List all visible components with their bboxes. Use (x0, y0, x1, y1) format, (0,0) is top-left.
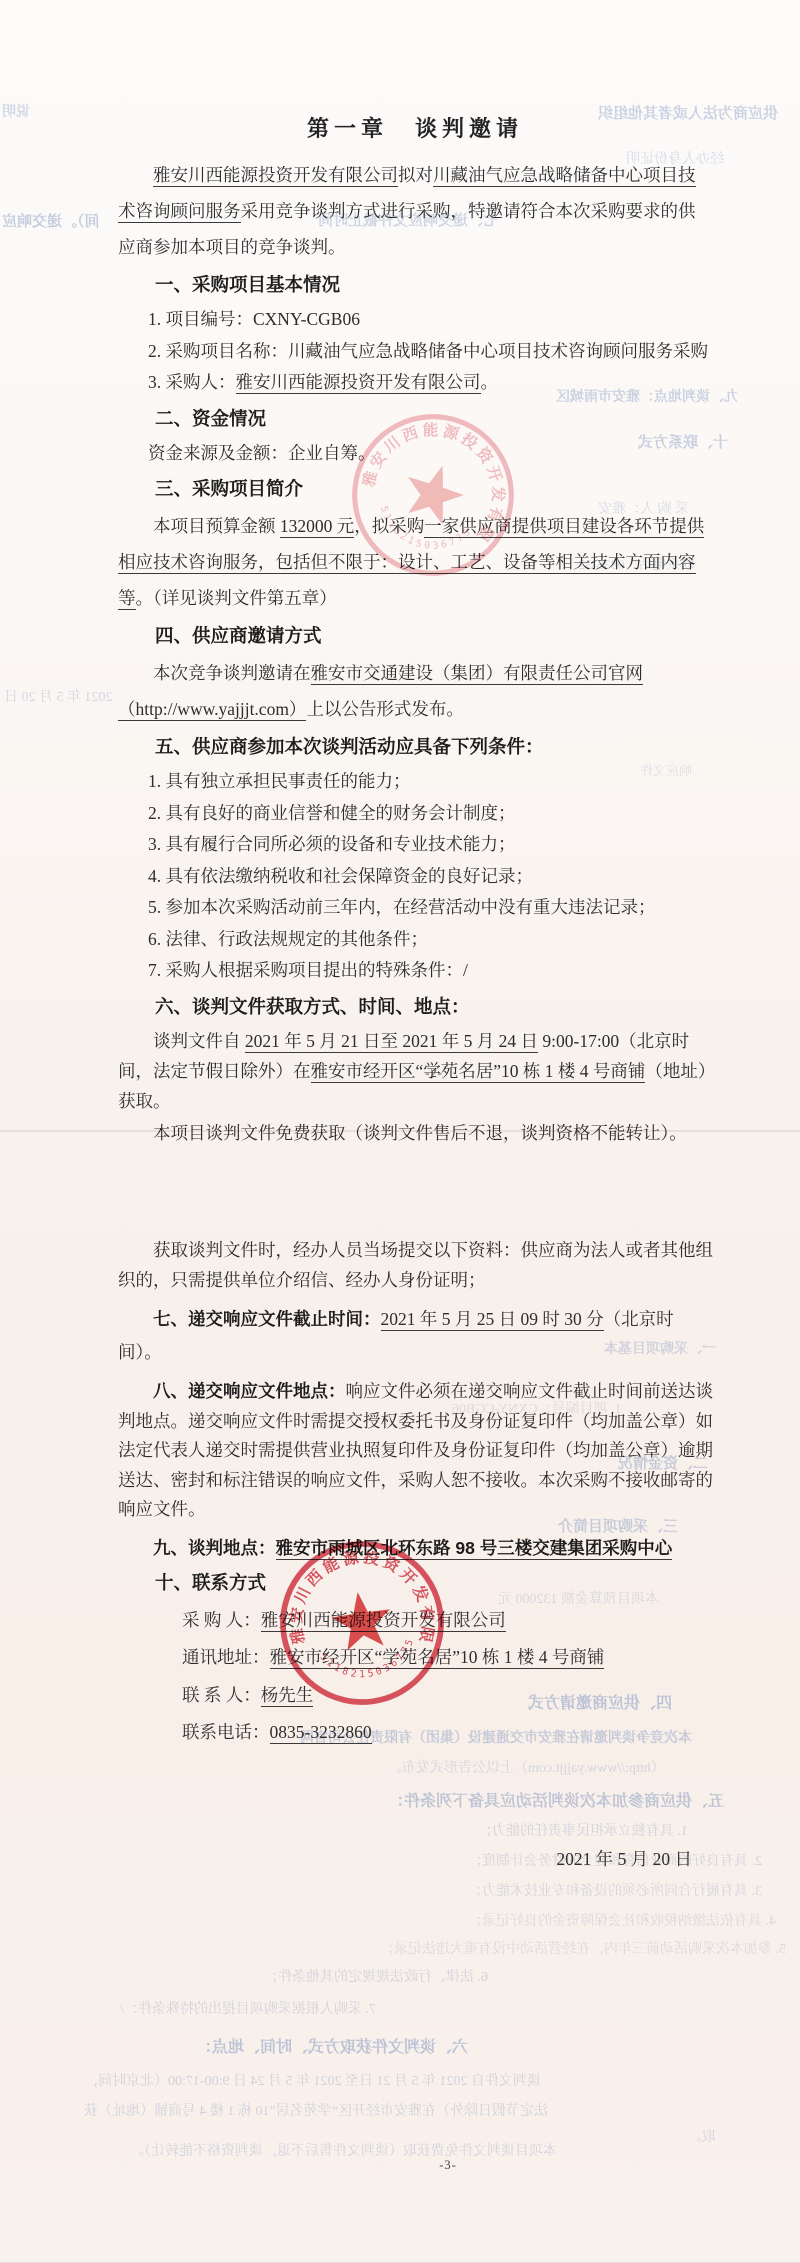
condition-7: 7. 采购人根据采购项目提出的特殊条件：/ (118, 955, 768, 987)
condition-3: 3. 具有履行合同所必须的设备和专业技术能力； (118, 829, 768, 861)
section-3-heading: 三、采购项目简介 (118, 476, 712, 502)
contact-purchaser: 采 购 人：雅安川西能源投资开发有限公司 (118, 1602, 714, 1640)
section-4-heading: 四、供应商邀请方式 (118, 623, 712, 649)
invitation-method: 本次竞争谈判邀请在雅安市交通建设（集团）有限责任公司官网（http://www.… (118, 655, 712, 727)
scanned-document: 供应商为法人或者其他组织说明经办人身份证明七、递交响应文件截止时间间）。递交响应… (0, 0, 800, 2263)
project-brief: 本项目预算金额 132000 元，拟采购一家供应商提供项目建设各环节提供相应技术… (118, 508, 712, 616)
document-free-note: 本项目谈判文件免费获取（谈判文件售后不退，谈判资格不能转让）。 (118, 1118, 712, 1148)
obtain-materials-paragraph: 获取谈判文件时，经办人员当场提交以下资料：供应商为法人或者其他组织的，只需提供单… (118, 1235, 714, 1295)
contact-person: 联 系 人：杨先生 (118, 1677, 714, 1715)
condition-1: 1. 具有独立承担民事责任的能力； (118, 766, 768, 798)
project-name: 2. 采购项目名称：川藏油气应急战略储备中心项目技术咨询顾问服务采购 (118, 336, 768, 368)
page-1-content: 第一章 谈判邀请 雅安川西能源投资开发有限公司拟对川藏油气应急战略储备中心项目技… (118, 112, 712, 1150)
section-8-submission-place: 八、递交响应文件地点：响应文件必须在递交响应文件截止时间前送达谈判地点。递交响应… (118, 1377, 714, 1525)
project-number: 1. 项目编号：CXNY-CGB06 (118, 304, 768, 336)
contact-phone: 联系电话：0835-3232860 (118, 1714, 714, 1752)
section-10-heading: 十、联系方式 (118, 1570, 714, 1596)
page-number-2: -2- (404, 1066, 464, 1081)
condition-4: 4. 具有依法缴纳税收和社会保障资金的良好记录； (118, 861, 768, 893)
section-6-heading: 六、谈判文件获取方式、时间、地点： (118, 994, 712, 1020)
section-1-heading: 一、采购项目基本情况 (118, 272, 712, 298)
section-7-deadline: 七、递交响应文件截止时间：2021 年 5 月 25 日 09 时 30 分（北… (118, 1303, 714, 1369)
page-2-blocks: 获取谈判文件时，经办人员当场提交以下资料：供应商为法人或者其他组织的，只需提供单… (118, 1235, 714, 1752)
section-9-negotiation-place: 九、谈判地点：雅安市雨城区北环东路 98 号三楼交建集团采购中心 (118, 1533, 714, 1563)
page-1-blocks: 雅安川西能源投资开发有限公司拟对川藏油气应急战略储备中心项目技术咨询顾问服务采用… (118, 157, 712, 1148)
contact-address: 通讯地址：雅安市经开区“学苑名居”10 栋 1 楼 4 号商铺 (118, 1639, 714, 1677)
condition-2: 2. 具有良好的商业信誉和健全的财务会计制度； (118, 798, 768, 830)
condition-6: 6. 法律、行政法规规定的其他条件； (118, 924, 768, 956)
chapter-title: 第一章 谈判邀请 (118, 112, 712, 143)
signature-date: 2021 年 5 月 20 日 (118, 1846, 714, 1871)
funding-source: 资金来源及金额：企业自筹。 (118, 438, 768, 470)
condition-5: 5. 参加本次采购活动前三年内，在经营活动中没有重大违法记录； (118, 892, 768, 924)
page-2-content: 获取谈判文件时，经办人员当场提交以下资料：供应商为法人或者其他组织的，只需提供单… (118, 1233, 714, 1871)
page-number-3: -3- (418, 2158, 478, 2173)
section-5-heading: 五、供应商参加本次谈判活动应具备下列条件： (118, 734, 712, 760)
section-2-heading: 二、资金情况 (118, 406, 712, 432)
purchaser: 3. 采购人：雅安川西能源投资开发有限公司。 (118, 367, 768, 399)
intro-paragraph: 雅安川西能源投资开发有限公司拟对川藏油气应急战略储备中心项目技术咨询顾问服务采用… (118, 157, 712, 265)
